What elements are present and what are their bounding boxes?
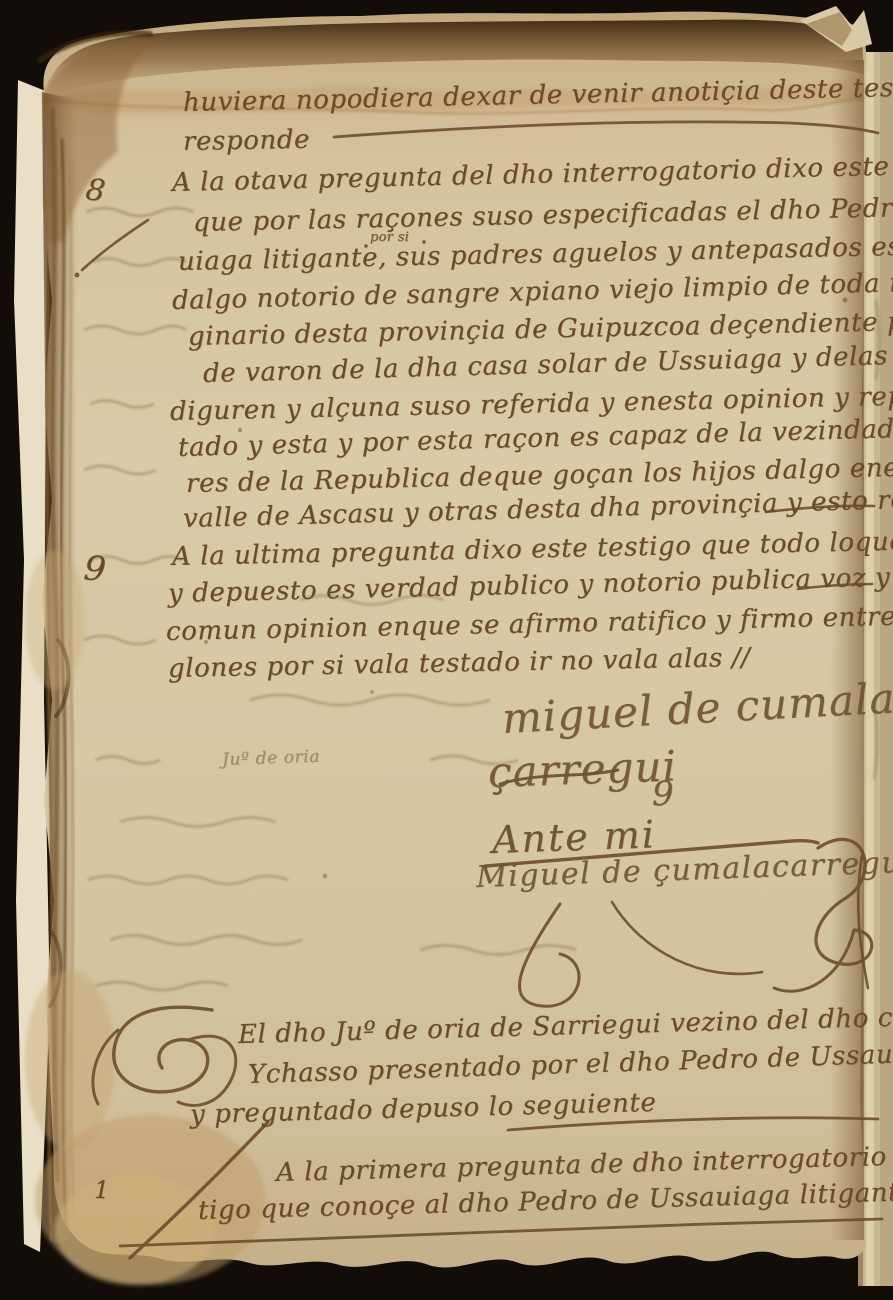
manuscript-line: huviera nopodiera dexar de venir anotiçi… [183,70,893,118]
manuscript-line: comun opinion enque se afirmo ratifico y… [166,601,893,647]
margin-numeral-9: 9 [82,548,108,590]
manuscript-line: que por las raçones suso especificadas e… [193,191,893,238]
margin-numeral-1: 1 [94,1176,110,1204]
witness-signature-line2: çarregui [487,741,678,797]
margin-numeral-8: 8 [84,172,108,209]
marginal-note: Juº de oria [222,747,321,770]
witness-signature-flourish: 9 [652,774,675,814]
handwriting-layer: 8 9 1 huviera nopodiera dexar de venir a… [0,0,893,1300]
manuscript-line: responde [183,125,311,157]
manuscript-line: y preguntado depuso lo seguiente [190,1088,657,1130]
manuscript-photo: 8 9 1 huviera nopodiera dexar de venir a… [0,0,893,1300]
manuscript-line: glones por si vala testado ir no vala al… [168,643,751,684]
manuscript-line: A la otava pregunta del dho interrogator… [172,149,893,198]
witness-signature-line1: miguel de cumala [501,673,893,743]
